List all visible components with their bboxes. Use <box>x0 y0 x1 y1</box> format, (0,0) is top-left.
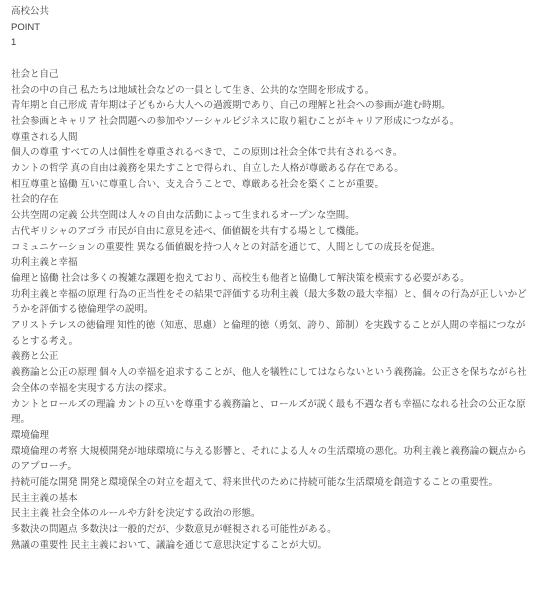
item-term: カントの哲学 <box>11 163 68 174</box>
item-term: 環境倫理の考察 <box>11 446 78 457</box>
point-item: コミュニケーションの重要性 異なる価値観を持つ人々との対話を通じて、人間としての… <box>11 240 531 256</box>
item-term: 民主主義 <box>11 508 49 519</box>
section-title: 環境倫理 <box>11 428 531 444</box>
item-term: カントとロールズの理論 <box>11 399 115 410</box>
item-description: 公共空間は人々の自由な活動によって生まれるオープンな空間。 <box>80 210 355 221</box>
course-title: 高校公共 <box>11 4 531 20</box>
point-number: 1 <box>11 35 531 51</box>
point-item: カントとロールズの理論 カントの互いを尊重する義務論と、ロールズが説く最も不遇な… <box>11 397 531 428</box>
section-items: 倫理と協働 社会は多くの複雑な課題を抱えており、高校生も他者と協働して解決策を模… <box>11 271 531 350</box>
item-term: 公共空間の定義 <box>11 210 78 221</box>
section-title: 義務と公正 <box>11 349 531 365</box>
item-term: 古代ギリシャのアゴラ <box>11 226 105 237</box>
item-description: 民主主義において、議論を通じて意思決定することが大切。 <box>71 540 327 551</box>
item-description: 私たちは地域社会などの一員として生き、公共的な空間を形成する。 <box>80 85 374 96</box>
point-item: 義務論と公正の原理 個々人の幸福を追求することが、他人を犠牲にしてはならないとい… <box>11 365 531 396</box>
point-item: 熟議の重要性 民主主義において、議論を通じて意思決定することが大切。 <box>11 538 531 554</box>
section: 功利主義と幸福 倫理と協働 社会は多くの複雑な課題を抱えており、高校生も他者と協… <box>11 255 531 349</box>
point-item: 社会参画とキャリア 社会問題への参加やソーシャルビジネスに取り組むことがキャリア… <box>11 114 531 130</box>
section-items: 社会の中の自己 私たちは地域社会などの一員として生き、公共的な空間を形成する。 … <box>11 83 531 130</box>
item-description: 青年期は子どもから大人への過渡期であり、自己の理解と社会への参画が進む時期。 <box>90 100 451 111</box>
item-description: 市民が自由に意見を述べ、価値観を共有する場として機能。 <box>108 226 365 237</box>
item-term: 義務論と公正の原理 <box>11 367 97 378</box>
section: 社会と自己 社会の中の自己 私たちは地域社会などの一員として生き、公共的な空間を… <box>11 67 531 130</box>
item-description: 真の自由は義務を果たすことで得られ、自立した人格が尊厳ある存在である。 <box>71 163 404 174</box>
item-description: 社会全体のルールや方針を決定する政治の形態。 <box>52 508 261 519</box>
point-label: POINT <box>11 20 531 36</box>
document-page: 高校公共 POINT 1 社会と自己 社会の中の自己 私たちは地域社会などの一員… <box>0 0 536 600</box>
point-item: 古代ギリシャのアゴラ 市民が自由に意見を述べ、価値観を共有する場として機能。 <box>11 224 531 240</box>
item-term: 熟議の重要性 <box>11 540 68 551</box>
section: 尊重される人間 個人の尊重 すべての人は個性を尊重されるべきで、この原則は社会全… <box>11 130 531 193</box>
item-term: 相互尊重と協働 <box>11 179 78 190</box>
item-term: 持続可能な開発 <box>11 477 78 488</box>
item-term: コミュニケーションの重要性 <box>11 242 134 253</box>
section: 民主主義の基本 民主主義 社会全体のルールや方針を決定する政治の形態。 多数決の… <box>11 491 531 554</box>
section-items: 環境倫理の考察 大規模開発が地球環境に与える影響と、それによる人々の生活環境の悪… <box>11 444 531 491</box>
section-items: 義務論と公正の原理 個々人の幸福を追求することが、他人を犠牲にしてはならないとい… <box>11 365 531 428</box>
item-term: 社会の中の自己 <box>11 85 78 96</box>
item-description: 大規模開発が地球環境に与える影響と、それによる人々の生活環境の悪化。功利主義と義… <box>11 446 527 473</box>
item-description: 多数決は一般的だが、少数意見が軽視される可能性がある。 <box>80 524 337 535</box>
point-item: 民主主義 社会全体のルールや方針を決定する政治の形態。 <box>11 506 531 522</box>
section-title: 尊重される人間 <box>11 130 531 146</box>
section: 環境倫理 環境倫理の考察 大規模開発が地球環境に与える影響と、それによる人々の生… <box>11 428 531 491</box>
point-item: 社会の中の自己 私たちは地域社会などの一員として生き、公共的な空間を形成する。 <box>11 83 531 99</box>
item-term: 多数決の問題点 <box>11 524 78 535</box>
point-item: 公共空間の定義 公共空間は人々の自由な活動によって生まれるオープンな空間。 <box>11 208 531 224</box>
item-description: 互いに尊重し合い、支え合うことで、尊厳ある社会を築くことが重要。 <box>80 179 384 190</box>
item-description: すべての人は個性を尊重されるべきで、この原則は社会全体で共有されるべき。 <box>61 147 402 158</box>
point-item: アリストテレスの徳倫理 知性的徳（知恵、思慮）と倫理的徳（勇気、誇り、節制）を実… <box>11 318 531 349</box>
item-description: 社会は多くの複雑な課題を抱えており、高校生も他者と協働して解決策を模索する必要が… <box>61 273 470 284</box>
blank-line <box>11 51 531 67</box>
point-item: 青年期と自己形成 青年期は子どもから大人への過渡期であり、自己の理解と社会への参… <box>11 98 531 114</box>
point-item: 多数決の問題点 多数決は一般的だが、少数意見が軽視される可能性がある。 <box>11 522 531 538</box>
point-item: 相互尊重と協働 互いに尊重し合い、支え合うことで、尊厳ある社会を築くことが重要。 <box>11 177 531 193</box>
section: 社会的存在 公共空間の定義 公共空間は人々の自由な活動によって生まれるオープンな… <box>11 192 531 255</box>
section-items: 個人の尊重 すべての人は個性を尊重されるべきで、この原則は社会全体で共有されるべ… <box>11 145 531 192</box>
point-item: 環境倫理の考察 大規模開発が地球環境に与える影響と、それによる人々の生活環境の悪… <box>11 444 531 475</box>
point-item: 倫理と協働 社会は多くの複雑な課題を抱えており、高校生も他者と協働して解決策を模… <box>11 271 531 287</box>
point-item: カントの哲学 真の自由は義務を果たすことで得られ、自立した人格が尊厳ある存在であ… <box>11 161 531 177</box>
point-item: 功利主義と幸福の原理 行為の正当性をその結果で評価する功利主義（最大多数の最大幸… <box>11 287 531 318</box>
sections-container: 社会と自己 社会の中の自己 私たちは地域社会などの一員として生き、公共的な空間を… <box>11 67 531 554</box>
item-term: アリストテレスの徳倫理 <box>11 320 114 331</box>
item-term: 功利主義と幸福の原理 <box>11 289 106 300</box>
point-item: 持続可能な開発 開発と環境保全の対立を超えて、将来世代のために持続可能な生活環境… <box>11 475 531 491</box>
item-description: 社会問題への参加やソーシャルビジネスに取り組むことがキャリア形成につながる。 <box>99 116 459 127</box>
section-title: 功利主義と幸福 <box>11 255 531 271</box>
section-items: 公共空間の定義 公共空間は人々の自由な活動によって生まれるオープンな空間。 古代… <box>11 208 531 255</box>
section-title: 社会的存在 <box>11 192 531 208</box>
item-term: 個人の尊重 <box>11 147 59 158</box>
item-description: 開発と環境保全の対立を超えて、将来世代のために持続可能な生活環境を創造することの… <box>80 477 498 488</box>
item-description: 異なる価値観を持つ人々との対話を通じて、人間としての成長を促進。 <box>137 242 441 253</box>
point-item: 個人の尊重 すべての人は個性を尊重されるべきで、この原則は社会全体で共有されるべ… <box>11 145 531 161</box>
section-title: 社会と自己 <box>11 67 531 83</box>
section: 義務と公正 義務論と公正の原理 個々人の幸福を追求することが、他人を犠牲にしては… <box>11 349 531 428</box>
item-term: 青年期と自己形成 <box>11 100 87 111</box>
item-term: 社会参画とキャリア <box>11 116 97 127</box>
section-title: 民主主義の基本 <box>11 491 531 507</box>
item-term: 倫理と協働 <box>11 273 59 284</box>
section-items: 民主主義 社会全体のルールや方針を決定する政治の形態。 多数決の問題点 多数決は… <box>11 506 531 553</box>
